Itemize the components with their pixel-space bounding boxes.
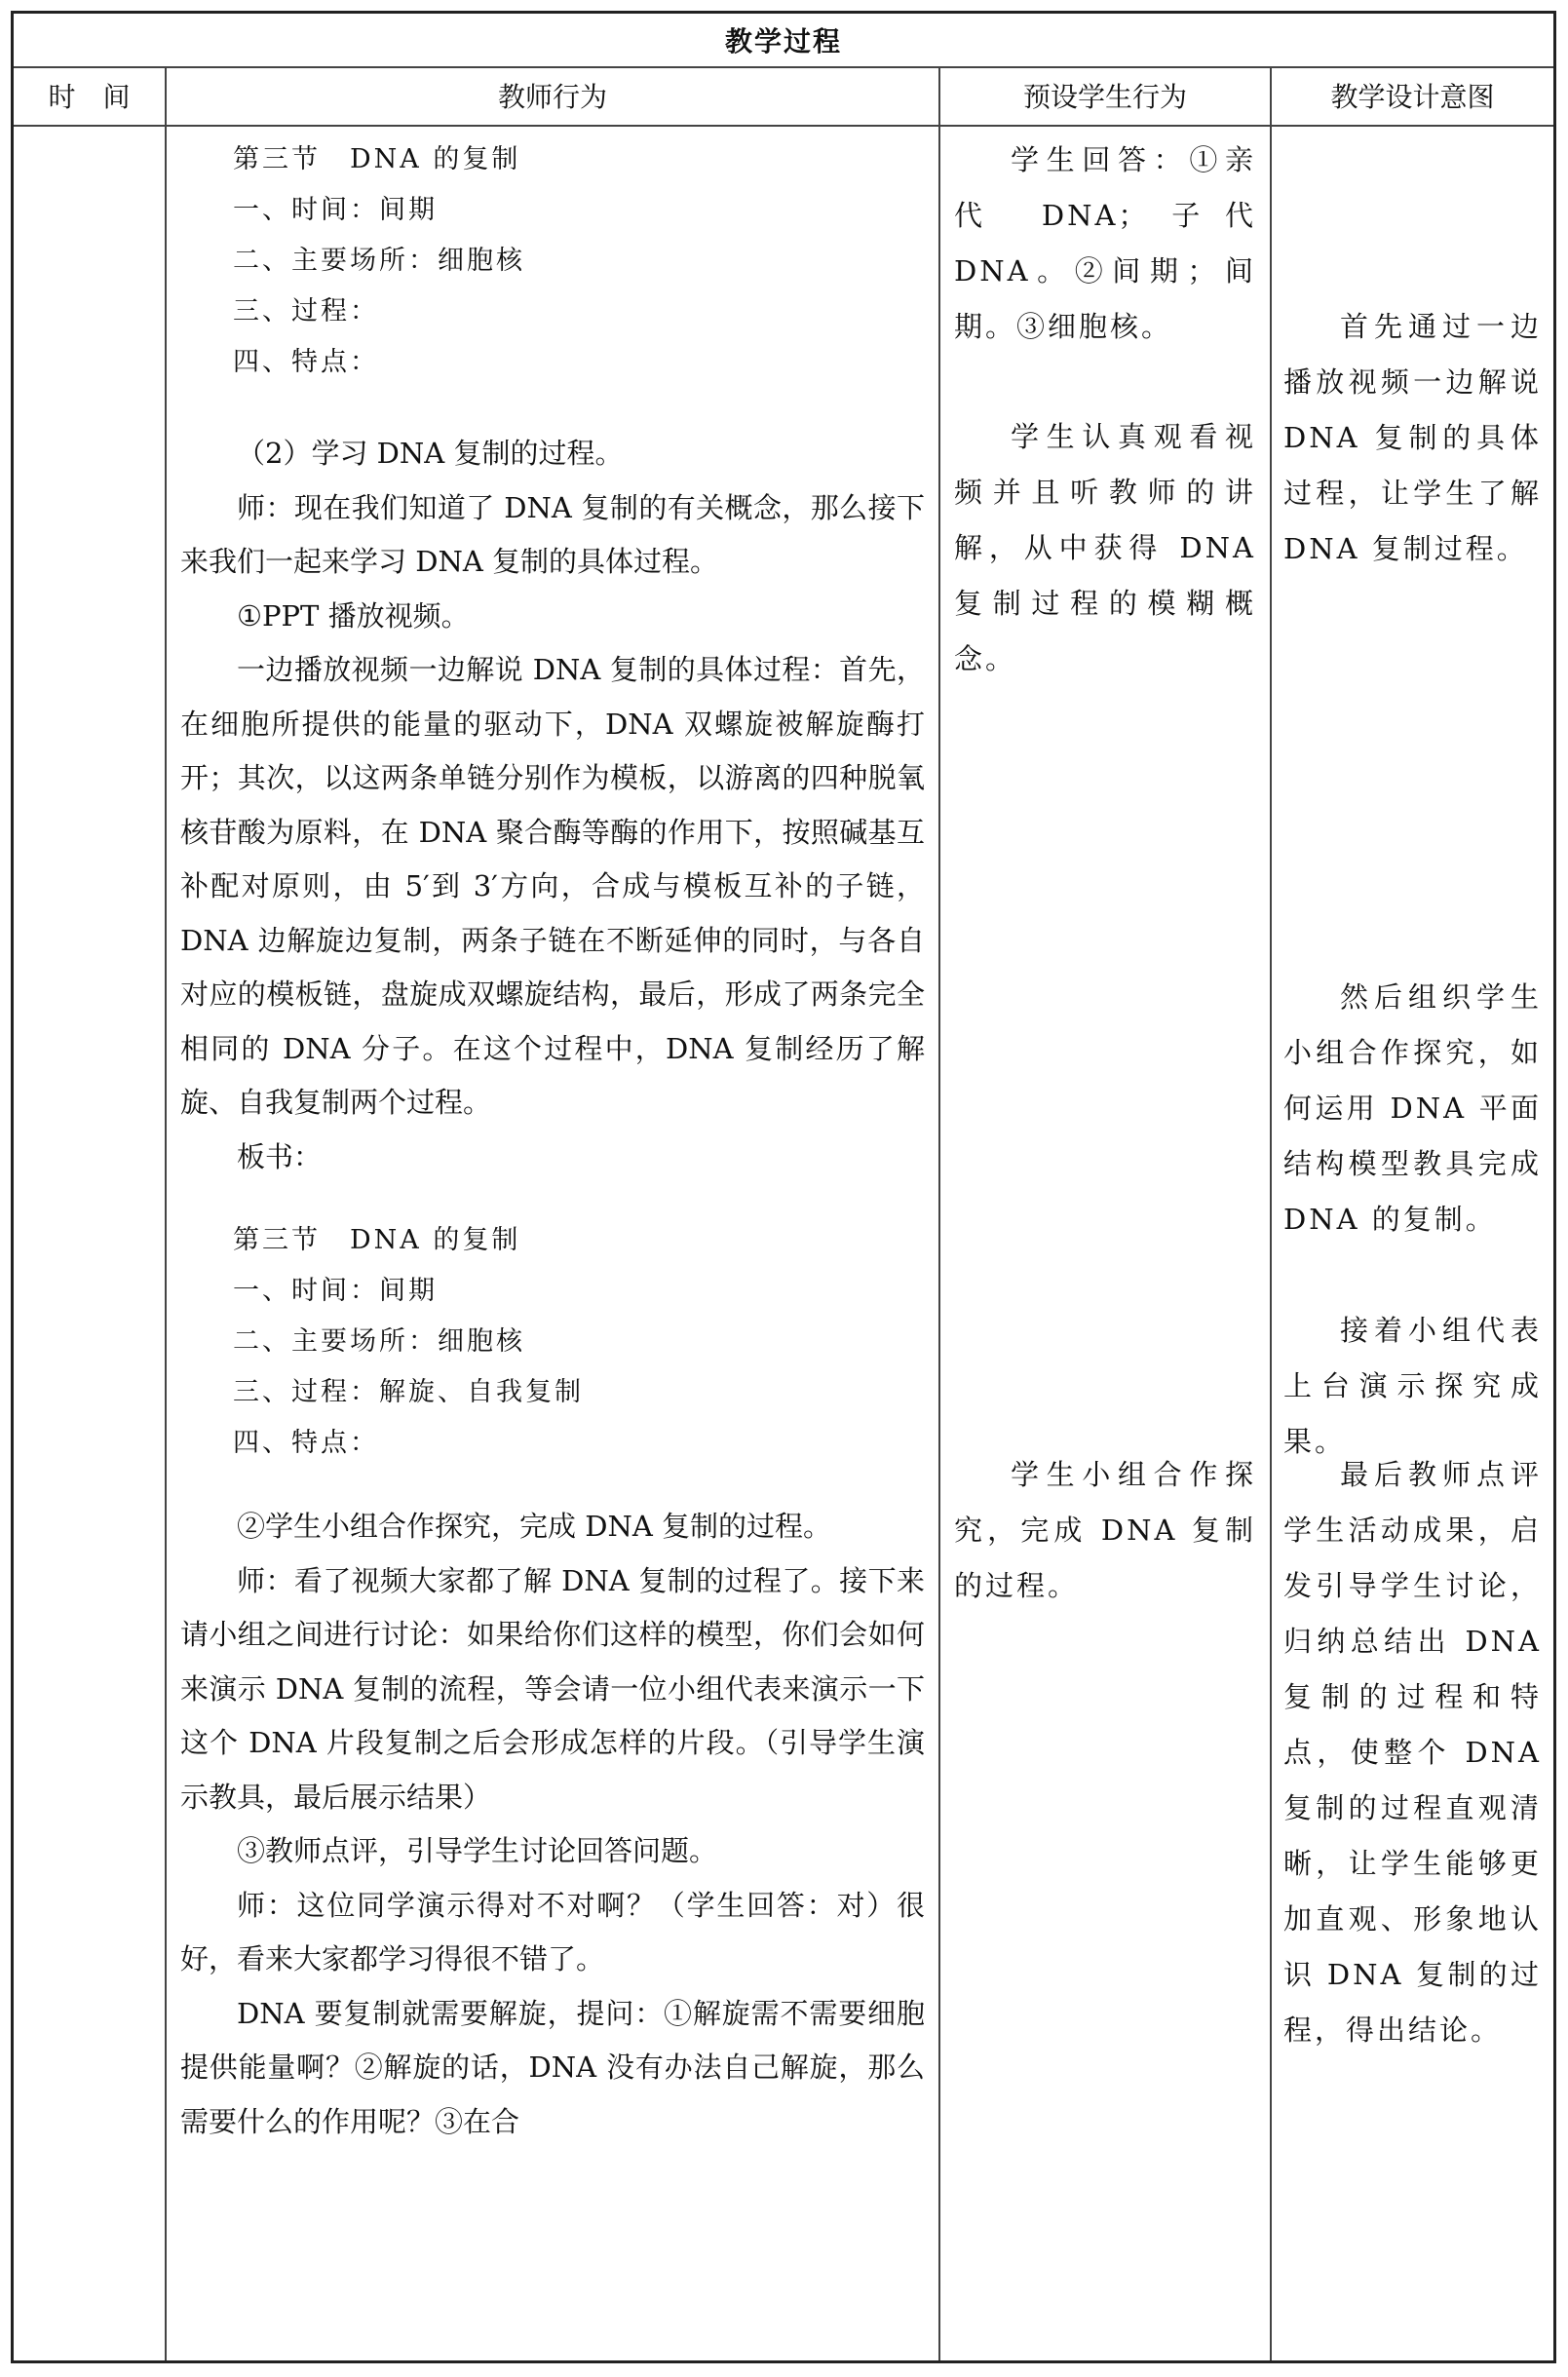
header-design-intent: 教学设计意图 <box>1272 66 1553 125</box>
board-line: 四、特点： <box>180 337 925 388</box>
student-group-work: 学生小组合作探究，完成 DNA 复制的过程。 <box>954 1447 1256 1614</box>
header-student-behavior: 预设学生行为 <box>940 66 1270 125</box>
board-line: 三、过程：解旋、自我复制 <box>180 1367 925 1418</box>
paragraph: 师：看了视频大家都了解 DNA 复制的过程了。接下来请小组之间进行讨论：如果给你… <box>180 1554 925 1825</box>
board-line: 二、主要场所：细胞核 <box>180 236 925 287</box>
paragraph: 一边播放视频一边解说 DNA 复制的具体过程：首先，在细胞所提供的能量的驱动下，… <box>180 643 925 1131</box>
board-line: 一、时间：间期 <box>180 185 925 236</box>
teaching-process-table: 教学过程 时 间 教师行为 预设学生行为 教学设计意图 第三节 DNA 的复制 … <box>11 11 1556 2363</box>
design-intent-cell: 首先通过一边播放视频一边解说 DNA 复制的具体过程，让学生了解 DNA 复制过… <box>1272 127 1553 2360</box>
intent-video: 首先通过一边播放视频一边解说 DNA 复制的具体过程，让学生了解 DNA 复制过… <box>1283 299 1542 577</box>
board-heading: 第三节 DNA 的复制 <box>180 1215 925 1266</box>
student-answer: 学生回答：①亲代 DNA；子代 DNA。②间期；间期。③细胞核。 <box>954 133 1256 355</box>
paragraph: 板书： <box>180 1131 925 1185</box>
column-header-row: 时 间 教师行为 预设学生行为 教学设计意图 <box>14 66 1553 127</box>
paragraph: DNA 要复制就需要解旋，提问：①解旋需不需要细胞提供能量啊？②解旋的话，DNA… <box>180 1987 925 2150</box>
student-watch-video: 学生认真观看视频并且听教师的讲解，从中获得 DNA 复制过程的模糊概念。 <box>954 409 1256 687</box>
student-behavior-cell: 学生回答：①亲代 DNA；子代 DNA。②间期；间期。③细胞核。 学生认真观看视… <box>940 127 1270 2360</box>
table-body-row: 第三节 DNA 的复制 一、时间：间期 二、主要场所：细胞核 三、过程： 四、特… <box>14 127 1553 2360</box>
board-line: 四、特点： <box>180 1418 925 1469</box>
board-notes-2: 第三节 DNA 的复制 一、时间：间期 二、主要场所：细胞核 三、过程：解旋、自… <box>180 1215 925 1469</box>
paragraph: （2）学习 DNA 复制的过程。 <box>180 427 925 481</box>
table-title: 教学过程 <box>14 14 1553 68</box>
board-line: 三、过程： <box>180 287 925 337</box>
paragraph: ①PPT 播放视频。 <box>180 590 925 644</box>
board-line: 二、主要场所：细胞核 <box>180 1317 925 1367</box>
intent-group-inquiry: 然后组织学生小组合作探究，如何运用 DNA 平面结构模型教具完成 DNA 的复制… <box>1283 970 1542 1247</box>
time-cell <box>14 127 165 2360</box>
paragraph: ②学生小组合作探究，完成 DNA 复制的过程。 <box>180 1500 925 1554</box>
paragraph: 师：这位同学演示得对不对啊？（学生回答：对）很好，看来大家都学习得很不错了。 <box>180 1879 925 1987</box>
header-teacher-behavior: 教师行为 <box>167 66 938 125</box>
paragraph: 师：现在我们知道了 DNA 复制的有关概念，那么接下来我们一起来学习 DNA 复… <box>180 481 925 590</box>
header-time: 时 间 <box>14 66 165 125</box>
intent-evaluation: 最后教师点评学生活动成果，启发引导学生讨论，归纳总结出 DNA 复制的过程和特点… <box>1283 1447 1542 2058</box>
board-line: 一、时间：间期 <box>180 1266 925 1317</box>
teacher-behavior-cell: 第三节 DNA 的复制 一、时间：间期 二、主要场所：细胞核 三、过程： 四、特… <box>167 127 938 2360</box>
board-notes-1: 第三节 DNA 的复制 一、时间：间期 二、主要场所：细胞核 三、过程： 四、特… <box>180 134 925 388</box>
board-heading: 第三节 DNA 的复制 <box>180 134 925 185</box>
paragraph: ③教师点评，引导学生讨论回答问题。 <box>180 1824 925 1879</box>
intent-presentation: 接着小组代表上台演示探究成果。 <box>1283 1303 1542 1470</box>
